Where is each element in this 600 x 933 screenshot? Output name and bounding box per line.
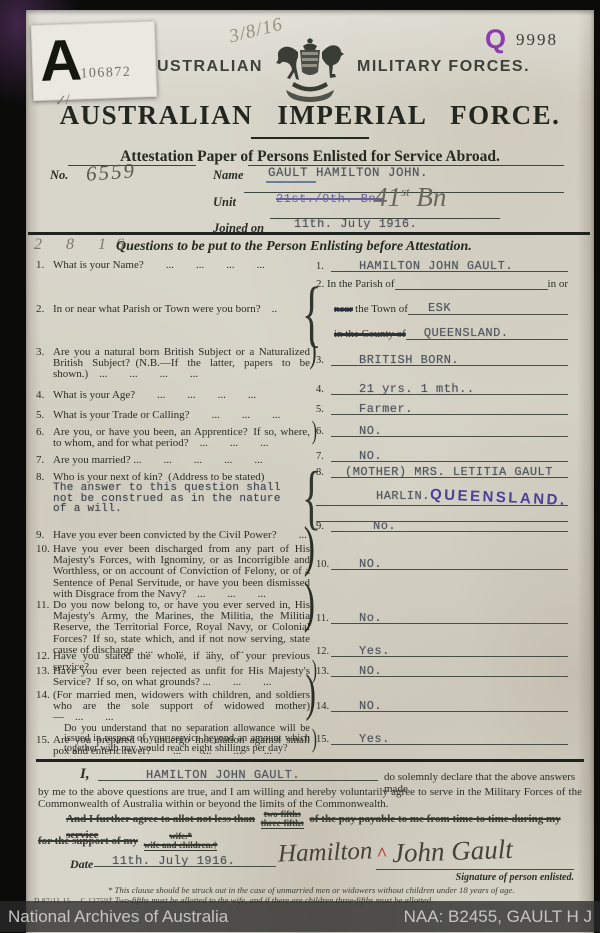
unit-handwritten-value: 41st Bn bbox=[374, 182, 446, 213]
question-text: Are you married? ... ... ... ... ... bbox=[53, 455, 310, 466]
org-name-right: MILITARY FORCES. bbox=[357, 58, 530, 76]
answer-1: 1. HAMILTON JOHN GAULT. bbox=[316, 256, 568, 272]
question-3: 3. Are you a natural born British Subjec… bbox=[36, 347, 310, 381]
date-label: Date bbox=[70, 857, 93, 872]
answer-number: 3. bbox=[316, 355, 331, 366]
question-15: 15. Are you prepared to undergo inoculat… bbox=[36, 735, 310, 757]
question-text: In or near what Parish or Town were you … bbox=[53, 304, 310, 315]
no-value-handwritten: 6559 bbox=[85, 158, 137, 186]
question-10: 10. Have you ever been discharged from a… bbox=[36, 544, 310, 600]
question-text: Do you now belong to, or have you ever s… bbox=[53, 600, 310, 656]
answer-10: 10. NO. bbox=[316, 554, 568, 570]
question-number: 14. bbox=[36, 690, 50, 701]
answer-value: HAMILTON JOHN GAULT. bbox=[359, 259, 513, 273]
unit-number: 41 bbox=[374, 182, 401, 212]
declaration-name-typed: HAMILTON JOHN GAULT. bbox=[146, 768, 300, 782]
question-number: 11. bbox=[36, 600, 49, 611]
question-number: 5. bbox=[36, 410, 44, 421]
answer-2-line-1: 2. In the Parish of in or bbox=[316, 276, 568, 290]
answer-number: 15. bbox=[316, 734, 331, 745]
in-or-label: in or bbox=[548, 278, 568, 290]
answer-8-line-1: 8. (MOTHER) MRS. LETITIA GAULT bbox=[316, 462, 568, 478]
question-number: 7. bbox=[36, 455, 44, 466]
name-value-typed: GAULT HAMILTON JOHN. bbox=[268, 166, 428, 180]
answer-value: No. bbox=[359, 611, 382, 625]
question-number: 6. bbox=[36, 427, 44, 438]
question-5: 5. What is your Trade or Calling? ... ..… bbox=[36, 410, 310, 421]
answer-value: 21 yrs. 1 mth.. bbox=[359, 382, 475, 396]
answer-value: NO. bbox=[359, 557, 382, 571]
sticker-number: 106872 bbox=[80, 65, 132, 83]
signature-line bbox=[376, 869, 574, 870]
date-value-typed: 11th. July 1916. bbox=[112, 854, 235, 868]
question-text: Are you prepared to undergo inoculation … bbox=[53, 735, 310, 757]
answer-value: No. bbox=[373, 519, 396, 533]
option-wife-children: wife and children.† bbox=[144, 841, 218, 851]
unit-bn: Bn bbox=[410, 182, 447, 212]
answer-value: NO. bbox=[359, 699, 382, 713]
answer-value: Farmer. bbox=[359, 402, 413, 416]
answer-number: 10. bbox=[316, 559, 331, 570]
question-text: Have you ever been discharged from any p… bbox=[53, 544, 310, 600]
county-value: QUEENSLAND. bbox=[424, 326, 509, 340]
questions-heading: Questions to be put to the Person Enlist… bbox=[116, 239, 516, 255]
question-number: 1. bbox=[36, 260, 44, 271]
fraction-options: two-fifths three-fifths bbox=[261, 810, 304, 829]
signature-area: Hamilton ^ John Gault bbox=[278, 836, 574, 870]
answer-4: 4. 21 yrs. 1 mth.. bbox=[316, 379, 568, 395]
question-7: 7. Are you married? ... ... ... ... ... bbox=[36, 455, 310, 466]
declaration-divider-rule bbox=[36, 759, 584, 762]
answer-number: 14. bbox=[316, 701, 331, 712]
signature-first-name: Hamilton bbox=[278, 837, 373, 868]
question-paren: ) bbox=[305, 688, 315, 699]
blue-pencil-underline bbox=[266, 181, 316, 183]
org-name-left: USTRALIAN bbox=[157, 58, 263, 76]
answer-number: 11. bbox=[316, 613, 331, 624]
option-three-fifths: three-fifths bbox=[261, 819, 304, 829]
town-value: ESK bbox=[428, 301, 451, 315]
parish-line bbox=[395, 276, 548, 290]
stamp-number: 9998 bbox=[516, 30, 558, 50]
q8-typed-note: The answer to this question shall not be… bbox=[53, 483, 310, 515]
series-letter: A bbox=[39, 24, 83, 97]
archive-series-sticker: A 106872 bbox=[31, 21, 158, 101]
question-text: Are you a natural born British Subject o… bbox=[53, 347, 310, 381]
answer-5: 5. Farmer. bbox=[316, 399, 568, 415]
answer-number: 6. bbox=[316, 426, 331, 437]
struck-text: for the support of my bbox=[38, 835, 138, 847]
answer-number: 8. bbox=[316, 467, 331, 478]
question-4: 4. What is your Age? ... ... ... ... bbox=[36, 390, 310, 401]
question-number: 15. bbox=[36, 735, 50, 746]
question-number: 12. bbox=[36, 651, 50, 662]
answer-number: 5. bbox=[316, 404, 331, 415]
q-state-stamp: Q bbox=[485, 24, 506, 55]
answer-value: Yes. bbox=[359, 644, 390, 658]
section-divider-rule bbox=[28, 232, 590, 235]
struck-text: And I further agree to allot not less th… bbox=[66, 813, 255, 825]
unit-ordinal: st bbox=[401, 184, 410, 199]
parish-label: 2. In the Parish of bbox=[316, 278, 395, 290]
answer-value: Yes. bbox=[359, 732, 390, 746]
answer-value: BRITISH BORN. bbox=[359, 353, 459, 367]
question-number: 8. bbox=[36, 472, 44, 483]
answer-number: 12. bbox=[316, 646, 331, 657]
question-number: 3. bbox=[36, 347, 44, 358]
name-label: Name bbox=[213, 168, 244, 183]
answer-14: 14. NO. bbox=[316, 696, 568, 712]
answer-number: 1. bbox=[316, 261, 331, 272]
q8-note-line: of a will. bbox=[53, 503, 122, 515]
question-text-italic: (For married men, widowers with children… bbox=[53, 690, 310, 724]
question-number: 9. bbox=[36, 530, 44, 541]
signature-surname: John Gault bbox=[391, 834, 513, 869]
question-paren: ) bbox=[304, 542, 315, 553]
answer-8-line-2: HARLIN.QUEENSLAND. bbox=[316, 486, 568, 506]
question-text: Have you ever been convicted by the Civi… bbox=[53, 530, 310, 541]
question-9: 9. Have you ever been convicted by the C… bbox=[36, 530, 310, 541]
question-text: What is your Name? ... ... ... ... bbox=[53, 260, 310, 271]
next-of-kin-value: (MOTHER) MRS. LETITIA GAULT bbox=[345, 465, 553, 479]
answer-15: 15. Yes. bbox=[316, 729, 568, 745]
county-label-struck: in the County of bbox=[334, 328, 406, 340]
answer-11: 11. No. bbox=[316, 608, 568, 624]
question-6: 6. Are you, or have you been, an Apprent… bbox=[36, 427, 310, 449]
question-2: 2. In or near what Parish or Town were y… bbox=[36, 304, 310, 315]
question-text: Have you ever been rejected as unfit for… bbox=[53, 666, 310, 688]
question-8: 8. Who is your next of kin? (Address to … bbox=[36, 472, 310, 515]
question-number: 13. bbox=[36, 666, 50, 677]
answer-7: 7. NO. bbox=[316, 446, 568, 462]
declaration-body: by me to the above questions are true, a… bbox=[38, 786, 582, 810]
red-caret-mark: ^ bbox=[376, 844, 387, 865]
question-number: 4. bbox=[36, 390, 44, 401]
title-underline bbox=[251, 137, 369, 139]
answer-2-line-2: near the Town of ESK bbox=[316, 301, 568, 315]
near-struck: near bbox=[334, 303, 353, 315]
answer-3: 3. BRITISH BORN. bbox=[316, 350, 568, 366]
declaration-pronoun: I, bbox=[80, 768, 90, 780]
question-1: 1. What is your Name? ... ... ... ... bbox=[36, 260, 310, 271]
archives-overlay-bar: National Archives of Australia NAA: B245… bbox=[0, 901, 600, 932]
signature-caption: Signature of person enlisted. bbox=[396, 872, 574, 883]
answer-number: 13. bbox=[316, 666, 331, 677]
archives-reference: NAA: B2455, GAULT H J bbox=[404, 907, 592, 927]
answer-value: NO. bbox=[359, 664, 382, 678]
answer-9: 9. No. bbox=[316, 516, 568, 532]
form-title: AUSTRALIAN IMPERIAL FORCE. bbox=[26, 100, 594, 131]
question-paren: ) bbox=[304, 598, 315, 609]
answer-number: 4. bbox=[316, 384, 331, 395]
footnote-1: * This clause should be struck out in th… bbox=[108, 885, 515, 895]
answer-value: NO. bbox=[359, 424, 382, 438]
question-text: What is your Age? ... ... ... ... bbox=[53, 390, 310, 401]
answer-6: 6. NO. bbox=[316, 421, 568, 437]
answer-2-line-3: in the County of QUEENSLAND. bbox=[316, 326, 568, 340]
answer-number: 9. bbox=[316, 521, 331, 532]
question-11: 11. Do you now belong to, or have you ev… bbox=[36, 600, 310, 656]
question-number: 2. bbox=[36, 304, 44, 315]
question-13: 13. Have you ever been rejected as unfit… bbox=[36, 666, 310, 688]
answer-12: 12. Yes. bbox=[316, 641, 568, 657]
unit-struck-value: 21st./9th. Bn. bbox=[276, 192, 384, 206]
kin-town-value: HARLIN. bbox=[376, 489, 430, 503]
archives-name: National Archives of Australia bbox=[8, 907, 228, 927]
question-text: What is your Trade or Calling? ... ... .… bbox=[53, 410, 310, 421]
unit-label: Unit bbox=[213, 195, 236, 210]
answer-13: 13. NO. bbox=[316, 661, 568, 677]
coat-of-arms bbox=[272, 38, 348, 104]
town-label: the Town of bbox=[355, 303, 408, 315]
joined-value-typed: 11th. July 1916. bbox=[294, 217, 417, 231]
question-number: 10. bbox=[36, 544, 50, 555]
dependant-options: wife.* wife and children.† bbox=[144, 832, 218, 851]
answer-value: NO. bbox=[359, 449, 382, 463]
attestation-paper-page: A 106872 ✓/ 3/8/16 USTRALIAN MILITARY FO… bbox=[26, 10, 594, 933]
no-label: No. bbox=[50, 168, 68, 183]
question-text: Are you, or have you been, an Apprentice… bbox=[53, 427, 310, 449]
